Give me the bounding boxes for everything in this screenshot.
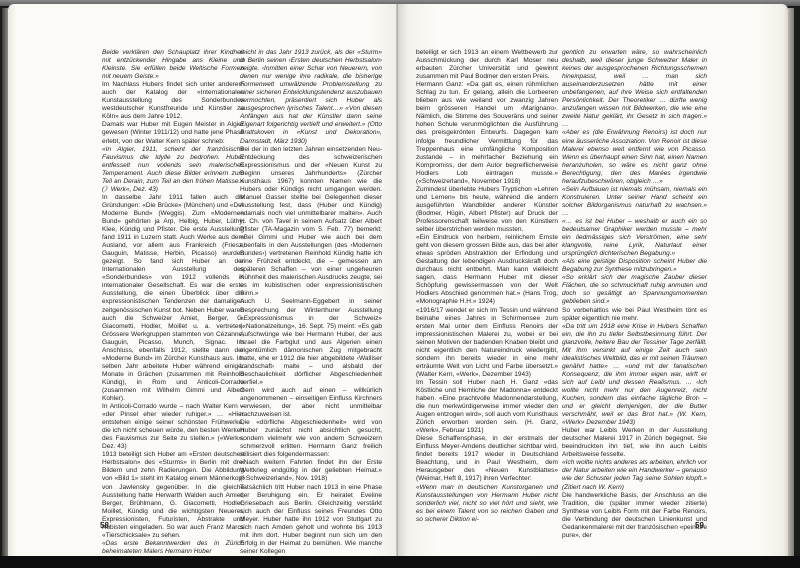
paragraph: «Das erste Bekanntwerden des in Zürich b… [102,540,244,556]
paragraph: «Wenn man in deutschen Kunstorganen und … [416,484,558,524]
right-page: beteiligt er sich 1913 an einem Wettbewe… [398,4,788,557]
paragraph: Tatsächlich tritt Huber nach 1913 in ein… [240,484,382,556]
paragraph: Huber war Leibls Werken in der Ausstellu… [562,427,707,459]
book-right-edge [788,8,794,556]
paragraph: Beide verklären den Schauplatz ihrer Kin… [102,49,244,81]
paragraph: So vorbehaltlos wie bei Paul Westheim tö… [562,307,707,323]
page-number-left: 58 [100,521,109,530]
scanner-bottom-border [0,556,800,568]
paragraph: In dasselbe Jahr 1911 fallen auch die Gr… [102,194,244,403]
paragraph: «Sein Aufbauen ist niemals mühsam, niema… [562,186,707,218]
paragraph: reicht in das Jahr 1913 zurück, als der … [240,49,382,146]
paragraph: «So erklärt sich der magische Zauber die… [562,274,707,306]
paragraph: «Als eine geistige Disposition scheint H… [562,258,707,274]
paragraph: Die «dörfliche Abgeschiedenheit» wird vo… [240,419,382,459]
left-page: Beide verklären den Schauplatz ihrer Kin… [8,4,398,557]
right-page-column-1: beteiligt er sich 1913 an einem Wettbewe… [416,49,558,524]
paragraph: Hermann Ganz: «Da galt es, einen rühmlic… [416,81,558,186]
paragraph: Im Nachlass Hubers findet sich unter and… [102,81,244,121]
paragraph: «… es ist bei Huber – weshalb er auch ei… [562,218,707,258]
paragraph: «1916/17 wendet er sich im Tessin und wä… [416,307,558,379]
paragraph: Die handwerkliche Basis, der Anschluss a… [562,492,707,540]
paragraph: «Aber es (die Erwähnung Renoirs) ist doc… [562,129,707,185]
paragraph: «Nach weitern Fahrten findet ihn der Ers… [240,459,382,483]
left-page-column-1: Beide verklären den Schauplatz ihrer Kin… [102,49,244,556]
paragraph: Auch U. Seelmann-Eggebert in seiner Besp… [240,298,382,387]
paragraph: In Anticoli-Corrado wurde – nach Walter … [102,403,244,451]
paragraph: «In Algier, 1911, scheint der französisc… [102,146,244,194]
paragraph: Diese Schaffensphase, in der erstmals de… [416,435,558,483]
paragraph: Gern wird auch auf einen – willkürlich a… [240,387,382,419]
paragraph: gentlich zu erwarten wäre, so wahrschein… [562,49,707,129]
paragraph: Zumindest überlebte Hubers Tryptichon «L… [416,186,558,234]
paragraph: «Da tritt um 1918 eine Krise in Hubers S… [562,323,707,428]
page-number-right: 59 [695,521,704,530]
paragraph: beteiligt er sich 1913 an einem Wettbewe… [416,49,558,81]
paragraph: Bei der in den letzten Jahren einsetzend… [240,146,382,299]
paragraph: 1913 beteiligt sich Huber am «Ersten deu… [102,451,244,540]
paragraph: Im Tessin soll Huber nach H. Ganz «das K… [416,379,558,435]
paragraph: Damals war Huber mit Eugen Meister in Al… [102,121,244,145]
paragraph: «Ein Eindruck von herbem, reinlichem Ern… [416,234,558,306]
paragraph: «Ich wollte nichts anderes als arbeiten,… [562,459,707,491]
right-page-column-2: gentlich zu erwarten wäre, so wahrschein… [562,49,707,540]
left-page-column-2: reicht in das Jahr 1913 zurück, als der … [240,49,382,556]
